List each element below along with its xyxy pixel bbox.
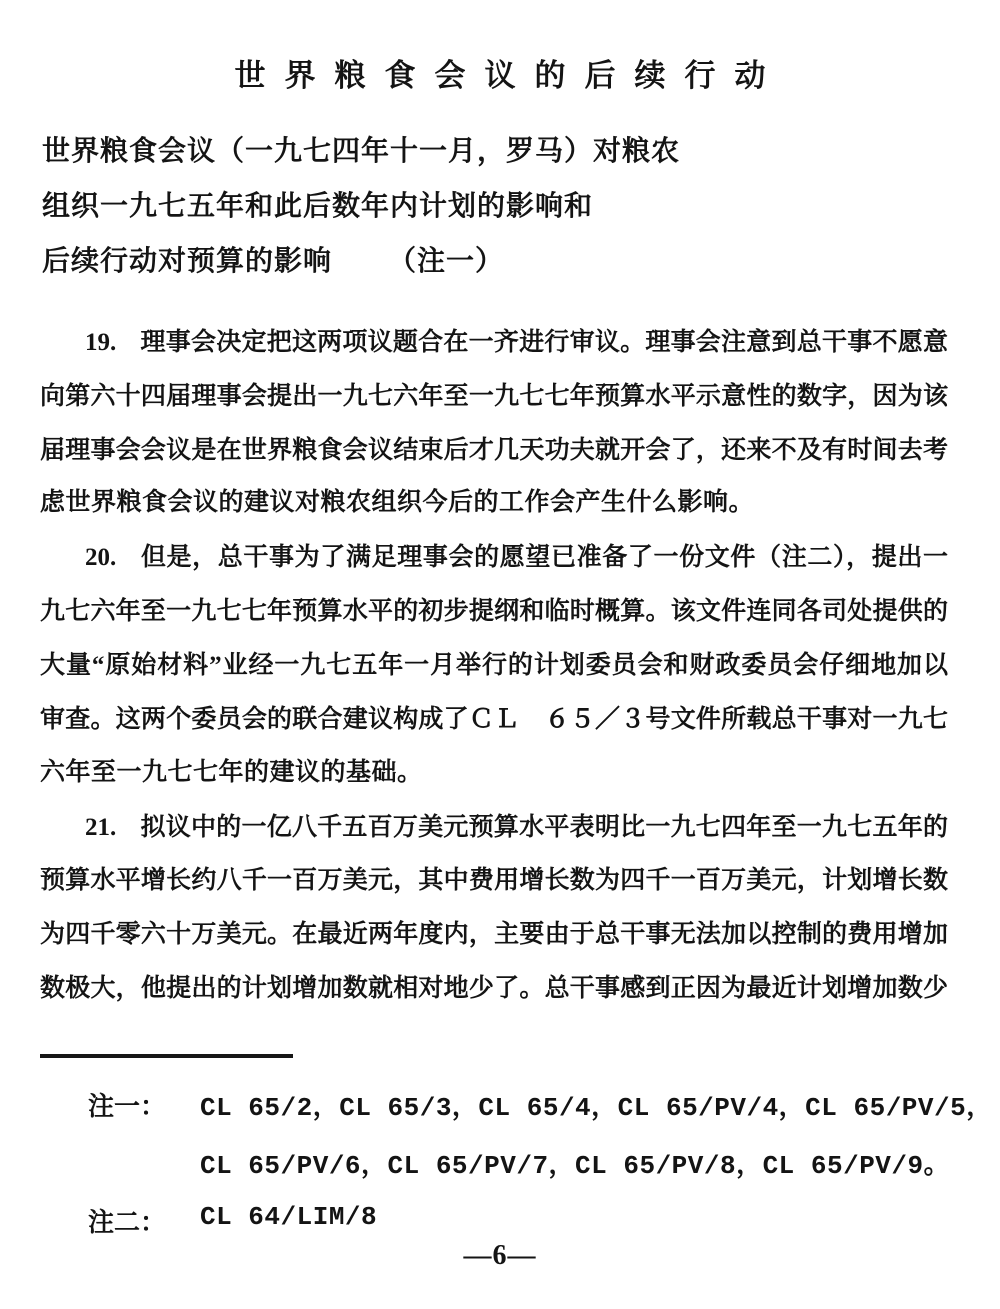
paragraph-21-line-3: 为四千零六十万美元。在最近两年度内，主要由于总干事无法加以控制的费用增加 bbox=[40, 920, 948, 950]
paragraph-20-line-1: 20.但是，总干事为了满足理事会的愿望已准备了一份文件（注二），提出一 bbox=[40, 543, 948, 573]
heading-line-1: 世界粮食会议（一九七四年十一月，罗马）对粮农 bbox=[42, 136, 680, 168]
paragraph-19-line-1-text: 理事会决定把这两项议题合在一齐进行审议。理事会注意到总干事不愿意 bbox=[140, 329, 948, 356]
footnote-separator-rule bbox=[40, 1054, 293, 1058]
paragraph-19-line-2: 向第六十四届理事会提出一九七六年至一九七七年预算水平示意性的数字，因为该 bbox=[40, 382, 948, 412]
page-number: —6— bbox=[0, 1240, 1000, 1272]
paragraph-20-line-2: 九七六年至一九七七年预算水平的初步提纲和临时概算。该文件连同各司处提供的 bbox=[40, 597, 948, 627]
paragraph-21-line-2: 预算水平增长约八千一百万美元，其中费用增长数为四千一百万美元，计划增长数 bbox=[40, 866, 948, 896]
paragraph-20-line-5: 六年至一九七七年的建议的基础。 bbox=[40, 758, 948, 788]
paragraph-20-line-3: 大量“原始材料”业经一九七五年一月举行的计划委员会和财政委员会仔细地加以 bbox=[40, 651, 948, 681]
heading-line-3-text: 后续行动对预算的影响 bbox=[42, 246, 332, 277]
paragraph-20-line-4: 审查。这两个委员会的联合建议构成了ＣＬ ６５／３号文件所载总干事对一九七 bbox=[40, 705, 948, 735]
paragraph-21-line-1: 21.拟议中的一亿八千五百万美元预算水平表明比一九七四年至一九七五年的 bbox=[40, 813, 948, 843]
paragraph-21-line-1-text: 拟议中的一亿八千五百万美元预算水平表明比一九七四年至一九七五年的 bbox=[140, 814, 948, 841]
paragraph-19-line-1: 19.理事会决定把这两项议题合在一齐进行审议。理事会注意到总干事不愿意 bbox=[40, 328, 948, 358]
paragraph-19-line-3: 届理事会会议是在世界粮食会议结束后才几天功夫就开会了，还来不及有时间去考 bbox=[40, 436, 948, 466]
footnote-1-line-1: CL 65/2，CL 65/3，CL 65/4，CL 65/PV/4，CL 65… bbox=[200, 1086, 993, 1123]
paragraph-19-line-4: 虑世界粮食会议的建议对粮农组织今后的工作会产生什么影响。 bbox=[40, 488, 948, 518]
footnote-1-label: 注一： bbox=[88, 1086, 166, 1123]
footnote-1-reference: （注一） bbox=[388, 246, 504, 277]
footnote-2-line-1: CL 64/LIM/8 bbox=[200, 1202, 377, 1232]
heading-line-3: 后续行动对预算的影响（注一） bbox=[42, 246, 504, 278]
paragraph-20-number: 20. bbox=[85, 544, 116, 571]
document-title: 世界粮食会议的后续行动 bbox=[0, 50, 1000, 95]
heading-line-2: 组织一九七五年和此后数年内计划的影响和 bbox=[42, 191, 593, 223]
paragraph-21-number: 21. bbox=[85, 814, 116, 841]
paragraph-19-number: 19. bbox=[85, 329, 116, 356]
paragraph-20-line-1-text: 但是，总干事为了满足理事会的愿望已准备了一份文件（注二），提出一 bbox=[140, 544, 948, 571]
footnote-2-label: 注二： bbox=[88, 1202, 166, 1239]
scanned-document-page: 世界粮食会议的后续行动 世界粮食会议（一九七四年十一月，罗马）对粮农 组织一九七… bbox=[0, 0, 1000, 1309]
footnote-1-line-2: CL 65/PV/6，CL 65/PV/7，CL 65/PV/8，CL 65/P… bbox=[200, 1144, 950, 1181]
paragraph-21-line-4: 数极大，他提出的计划增加数就相对地少了。总干事感到正因为最近计划增加数少 bbox=[40, 974, 948, 1004]
